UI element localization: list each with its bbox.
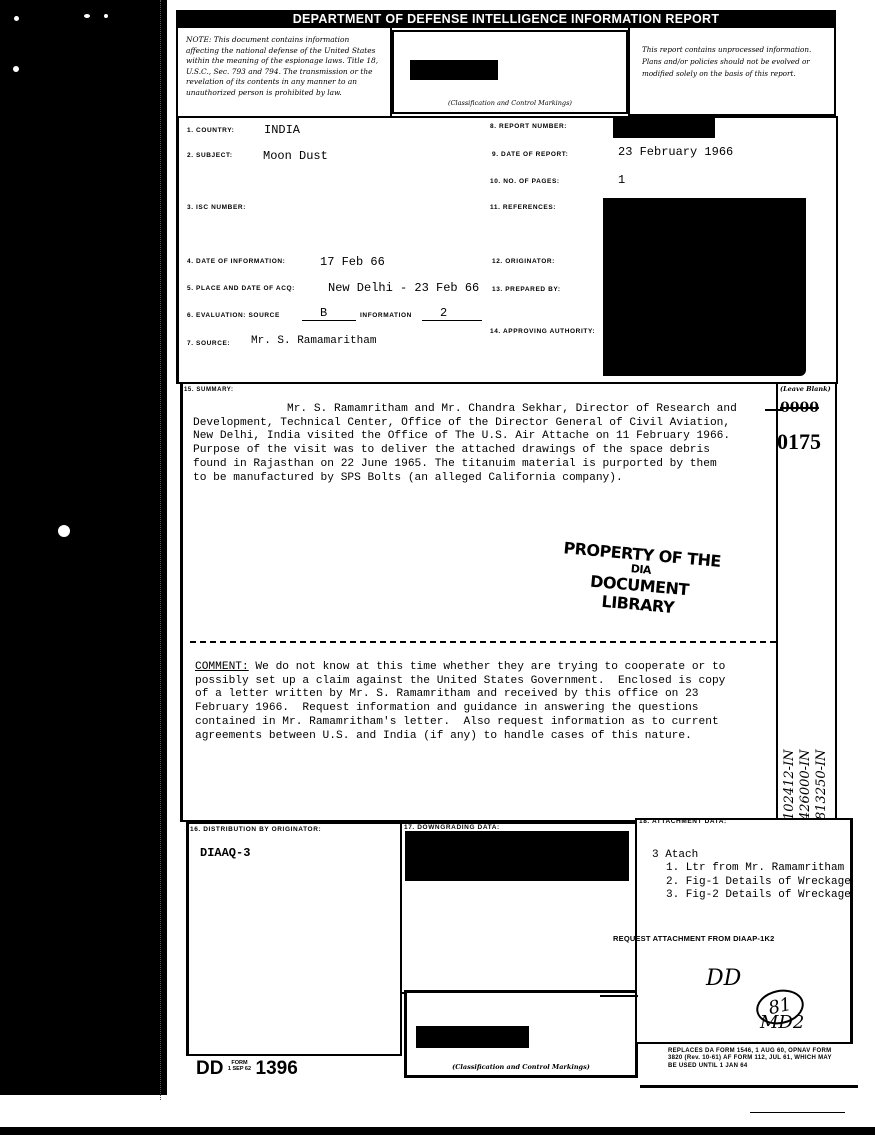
handwritten-ref: 813250-IN xyxy=(814,620,830,820)
country-value: INDIA xyxy=(264,123,300,137)
comment-line: of a letter written by Mr. S. Ramamritha… xyxy=(195,688,725,702)
handwritten-initials: DD xyxy=(706,966,741,991)
report-number-redaction xyxy=(613,116,715,138)
attachment-item: 1. Ltr from Mr. Ramamritham xyxy=(652,862,850,876)
classification-box-top: (Classification and Control Markings) xyxy=(392,30,628,114)
report-number-label: 8. REPORT NUMBER: xyxy=(490,123,567,130)
footer-rule xyxy=(640,1085,858,1088)
comment-text: COMMENT: We do not know at this time whe… xyxy=(195,647,725,757)
handwritten-signature: MD2 xyxy=(760,1012,804,1033)
form-date: 1 SEP 62 xyxy=(228,1066,251,1072)
date-of-report-label: 9. DATE OF REPORT: xyxy=(492,151,568,158)
date-of-report-value: 23 February 1966 xyxy=(618,145,733,159)
unprocessed-note-box: This report contains unprocessed informa… xyxy=(628,28,836,116)
place-date-acq-label: 5. PLACE AND DATE OF ACQ: xyxy=(187,285,295,292)
evaluation-source-value: B xyxy=(320,306,327,320)
subject-label: 2. SUBJECT: xyxy=(187,152,233,159)
originator-label: 12. ORIGINATOR: xyxy=(492,258,555,265)
leave-blank-label: (Leave Blank) xyxy=(780,384,831,395)
comment-line: possibly set up a claim against the Unit… xyxy=(195,675,725,689)
attachment-data: 3 Atach1. Ltr from Mr. Ramamritham2. Fig… xyxy=(652,835,850,917)
handwritten-ref: 426000-IN xyxy=(798,620,814,820)
file-number: 0175 xyxy=(777,429,821,455)
unprocessed-note: This report contains unprocessed informa… xyxy=(630,28,834,79)
date-of-information-label: 4. DATE OF INFORMATION: xyxy=(187,258,285,265)
date-of-information-value: 17 Feb 66 xyxy=(320,255,385,269)
evaluation-info-underline xyxy=(422,320,482,321)
form-prefix: DD xyxy=(196,1058,223,1079)
scan-bottom-bar xyxy=(0,1127,875,1135)
form-number: DD FORM 1 SEP 62 1396 xyxy=(196,1058,298,1080)
summary-line: Purpose of the visit was to deliver the … xyxy=(193,444,737,458)
handwritten-ref: 102412-IN xyxy=(782,620,798,820)
evaluation-label: 6. EVALUATION: SOURCE xyxy=(187,312,280,319)
references-redaction xyxy=(603,198,806,376)
strike-leader-line xyxy=(765,409,783,411)
summary-line: found in Rajasthan on 22 June 1965. The … xyxy=(193,458,737,472)
struck-number: 0000 xyxy=(780,400,819,416)
summary-text: Mr. S. Ramamritham and Mr. Chandra Sekha… xyxy=(193,389,737,499)
prepared-by-label: 13. PREPARED BY: xyxy=(492,286,561,293)
form-number-value: 1396 xyxy=(256,1058,298,1079)
classification-bottom-redaction xyxy=(416,1026,529,1048)
evaluation-information-value: 2 xyxy=(440,306,447,320)
downgrading-redaction xyxy=(405,831,629,881)
attachment-label: 18. ATTACHMENT DATA: xyxy=(639,818,727,825)
source-value: Mr. S. Ramamaritham xyxy=(251,335,376,347)
dia-library-stamp: PROPERTY OF THE DIA DOCUMENT LIBRARY xyxy=(552,538,727,622)
classification-redaction xyxy=(410,60,498,80)
references-label: 11. REFERENCES: xyxy=(490,204,556,211)
subject-value: Moon Dust xyxy=(263,149,328,163)
distribution-value: DIAAQ-3 xyxy=(200,846,250,860)
comment-line: February 1966. Request information and g… xyxy=(195,702,725,716)
summary-line: to be manufactured by SPS Bolts (an alle… xyxy=(193,472,737,486)
comment-divider xyxy=(190,641,776,643)
scan-underline xyxy=(750,1112,845,1113)
summary-line: Development, Technical Center, Office of… xyxy=(193,417,737,431)
place-date-acq-value: New Delhi - 23 Feb 66 xyxy=(328,281,479,295)
form-meta: FORM 1 SEP 62 xyxy=(228,1060,251,1072)
no-of-pages-label: 10. NO. OF PAGES: xyxy=(490,178,560,185)
report-title: DEPARTMENT OF DEFENSE INTELLIGENCE INFOR… xyxy=(176,10,836,28)
approving-authority-label: 14. APPROVING AUTHORITY: xyxy=(490,328,602,335)
attachment-count: 3 Atach xyxy=(652,849,850,863)
summary-line: New Delhi, India visited the Office of T… xyxy=(193,430,737,444)
country-label: 1. COUNTRY: xyxy=(187,127,234,134)
source-label: 7. SOURCE: xyxy=(187,340,230,347)
handwritten-refs: 102412-IN 426000-IN 813250-IN xyxy=(782,620,830,820)
classification-bottom-caption: (Classification and Control Markings) xyxy=(404,1062,638,1073)
scan-noise-strip xyxy=(160,0,165,1100)
comment-label: COMMENT: xyxy=(195,661,249,673)
request-attachment-note: REQUEST ATTACHMENT FROM DIAAP-1K2 xyxy=(613,934,774,943)
evaluation-info-label: INFORMATION xyxy=(360,312,412,319)
comment-line: contained in Mr. Ramamritham's letter. A… xyxy=(195,716,725,730)
attachment-item: 3. Fig-2 Details of Wreckage xyxy=(652,889,850,903)
comment-line: agreements between U.S. and India (if an… xyxy=(195,730,725,744)
comment-line: We do not know at this time whether they… xyxy=(249,661,726,673)
legal-note: NOTE: This document contains information… xyxy=(178,28,390,99)
evaluation-source-underline xyxy=(302,320,356,321)
attachment-item: 2. Fig-1 Details of Wreckage xyxy=(652,876,850,890)
distribution-label: 16. DISTRIBUTION BY ORIGINATOR: xyxy=(190,826,321,833)
isc-number-label: 3. ISC NUMBER: xyxy=(187,204,246,211)
summary-line: Mr. S. Ramamritham and Mr. Chandra Sekha… xyxy=(193,403,737,417)
left-leader-line xyxy=(600,995,638,997)
classification-caption: (Classification and Control Markings) xyxy=(394,98,626,109)
no-of-pages-value: 1 xyxy=(618,173,625,187)
replaces-note: REPLACES DA FORM 1546, 1 AUG 60, OPNAV F… xyxy=(668,1048,836,1070)
scan-black-margin xyxy=(0,0,167,1095)
legal-note-box: NOTE: This document contains information… xyxy=(176,28,392,120)
downgrading-label: 17. DOWNGRADING DATA: xyxy=(404,824,500,831)
